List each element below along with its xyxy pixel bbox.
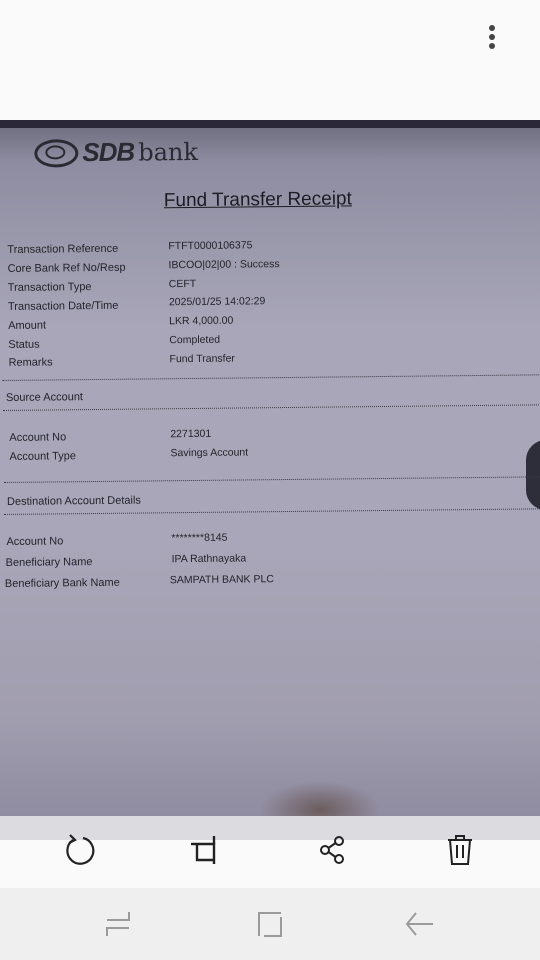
recents-button[interactable] bbox=[100, 908, 136, 942]
home-icon bbox=[252, 908, 288, 942]
bank-logo: SDB bank bbox=[34, 136, 198, 169]
more-options-button[interactable] bbox=[476, 20, 508, 52]
detail-label: Account No bbox=[6, 535, 63, 548]
detail-label: Amount bbox=[8, 320, 46, 332]
detail-label: Transaction Type bbox=[8, 281, 92, 294]
divider bbox=[3, 404, 540, 411]
rotate-icon bbox=[59, 832, 99, 868]
detail-value: IPA Rathnayaka bbox=[172, 552, 247, 565]
detail-label: Remarks bbox=[8, 356, 52, 368]
divider bbox=[4, 508, 540, 515]
detail-value: Fund Transfer bbox=[169, 353, 234, 366]
source-section-heading: Source Account bbox=[6, 391, 83, 404]
top-app-bar bbox=[0, 0, 540, 120]
detail-label: Core Bank Ref No/Resp bbox=[7, 262, 125, 275]
back-button[interactable] bbox=[402, 908, 438, 942]
trash-icon bbox=[440, 832, 480, 868]
rotate-button[interactable] bbox=[59, 832, 99, 868]
share-icon bbox=[313, 832, 353, 868]
detail-value: SAMPATH BANK PLC bbox=[170, 573, 274, 586]
system-navigation-bar bbox=[0, 888, 540, 960]
back-arrow-icon bbox=[402, 908, 438, 942]
receipt-title: Fund Transfer Receipt bbox=[164, 188, 352, 212]
detail-label: Status bbox=[8, 339, 39, 351]
crop-icon bbox=[187, 832, 227, 868]
home-button[interactable] bbox=[252, 908, 288, 942]
detail-value: Completed bbox=[169, 334, 220, 347]
detail-label: Transaction Reference bbox=[7, 243, 118, 256]
divider bbox=[3, 374, 540, 381]
detail-label: Beneficiary Name bbox=[6, 556, 93, 569]
delete-button[interactable] bbox=[440, 832, 480, 868]
receipt-photo[interactable]: SDB bank Fund Transfer Receipt Transacti… bbox=[0, 120, 540, 820]
destination-section-heading: Destination Account Details bbox=[7, 495, 141, 508]
detail-label: Transaction Date/Time bbox=[8, 300, 119, 313]
receipt-paper: SDB bank Fund Transfer Receipt Transacti… bbox=[0, 120, 540, 820]
detail-value: ********8145 bbox=[171, 532, 227, 545]
bank-logo-icon bbox=[34, 139, 78, 167]
bank-logo-bank: bank bbox=[138, 137, 198, 166]
detail-value: IBCOO|02|00 : Success bbox=[168, 258, 279, 271]
crop-button[interactable] bbox=[187, 832, 227, 868]
image-action-bar bbox=[0, 816, 540, 888]
divider bbox=[4, 476, 540, 483]
detail-label: Beneficiary Bank Name bbox=[5, 577, 120, 590]
recents-icon bbox=[100, 908, 136, 942]
detail-label: Account No bbox=[9, 431, 66, 444]
detail-label: Account Type bbox=[9, 450, 76, 463]
detail-value: Savings Account bbox=[170, 446, 248, 459]
detail-value: CEFT bbox=[169, 278, 197, 290]
detail-value: 2025/01/25 14:02:29 bbox=[169, 295, 265, 308]
bank-logo-sdb: SDB bbox=[82, 137, 134, 169]
detail-value: 2271301 bbox=[170, 428, 211, 440]
share-button[interactable] bbox=[313, 832, 353, 868]
detail-value: LKR 4,000.00 bbox=[169, 315, 233, 328]
detail-value: FTFT0000106375 bbox=[168, 239, 252, 252]
